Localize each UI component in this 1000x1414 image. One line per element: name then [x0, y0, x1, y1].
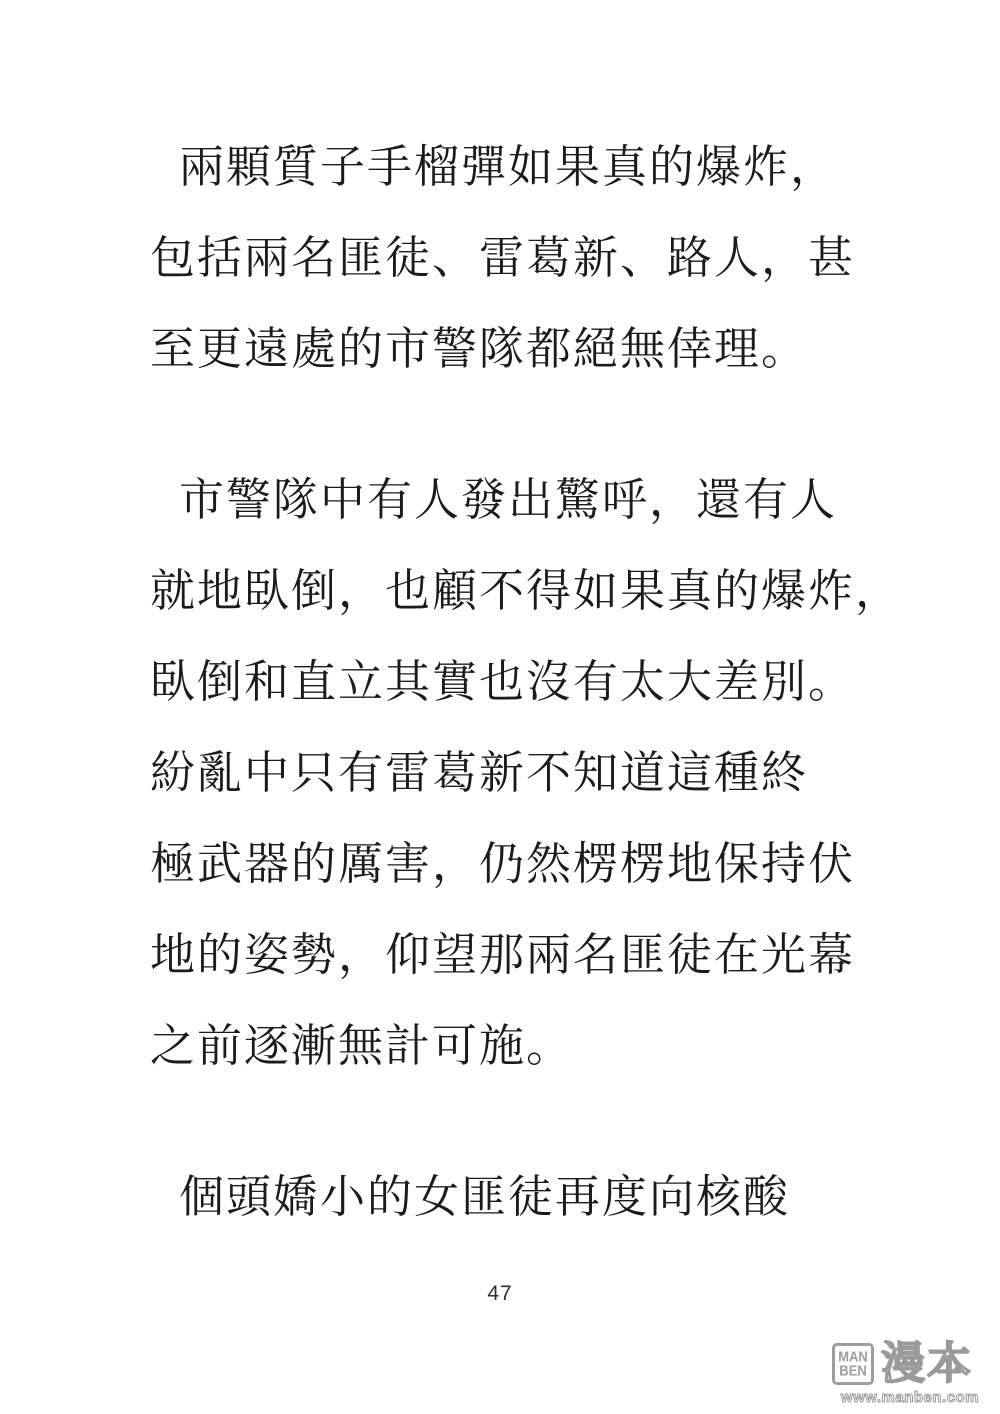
- text-line: 個頭嬌小的女匪徒再度向核酸: [150, 1151, 862, 1242]
- text-line: 地的姿勢，仰望那兩名匪徒在光幕: [150, 909, 862, 1000]
- manben-logo-chinese: 漫本: [881, 1342, 973, 1386]
- page-number: 47: [0, 1282, 1000, 1306]
- watermark: MAN BEN 漫本 www.manben.com: [832, 1342, 988, 1406]
- text-line: 包括兩名匪徒、雷葛新、路人，甚: [150, 212, 862, 303]
- text-line: 市警隊中有人發出驚呼，還有人: [150, 454, 862, 545]
- watermark-url: www.manben.com: [832, 1389, 988, 1406]
- text-line: 極武器的厲害，仍然楞楞地保持伏: [150, 818, 862, 909]
- manben-logo-icon: MAN BEN: [832, 1343, 874, 1385]
- paragraph: 兩顆質子手榴彈如果真的爆炸， 包括兩名匪徒、雷葛新、路人，甚 至更遠處的市警隊都…: [150, 121, 862, 394]
- paragraph: 市警隊中有人發出驚呼，還有人 就地臥倒，也顧不得如果真的爆炸， 臥倒和直立其實也…: [150, 454, 862, 1091]
- text-line: 兩顆質子手榴彈如果真的爆炸，: [150, 121, 862, 212]
- text-line: 之前逐漸無計可施。: [150, 1000, 862, 1091]
- manben-logo: MAN BEN 漫本: [832, 1342, 988, 1386]
- paragraph: 個頭嬌小的女匪徒再度向核酸: [150, 1151, 862, 1242]
- page-body-text: 兩顆質子手榴彈如果真的爆炸， 包括兩名匪徒、雷葛新、路人，甚 至更遠處的市警隊都…: [150, 121, 862, 1302]
- text-line: 臥倒和直立其實也沒有太大差別。: [150, 636, 862, 727]
- text-line: 紛亂中只有雷葛新不知道這種終: [150, 727, 862, 818]
- text-line: 至更遠處的市警隊都絕無倖理。: [150, 303, 862, 394]
- text-line: 就地臥倒，也顧不得如果真的爆炸，: [150, 545, 862, 636]
- logo-text-ben: BEN: [839, 1363, 866, 1379]
